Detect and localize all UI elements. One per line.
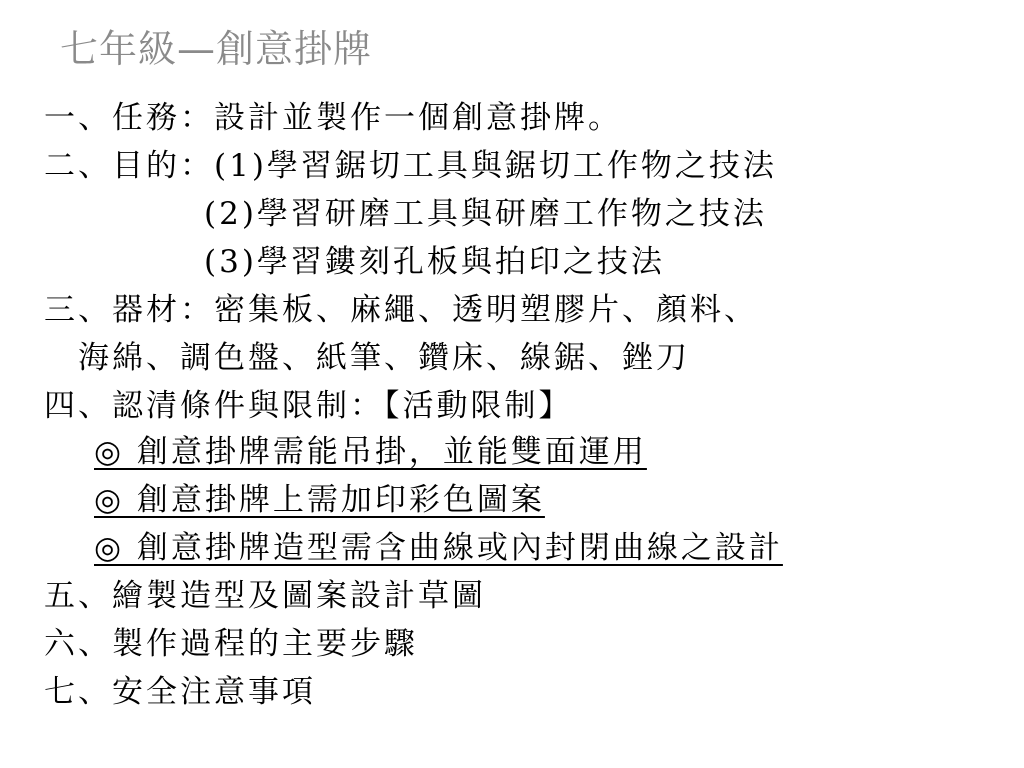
materials-line-1: 三、器材：密集板、麻繩、透明塑膠片、顏料、 [44, 290, 758, 330]
safety-line: 七、安全注意事項 [44, 672, 316, 712]
task-line: 一、任務：設計並製作一個創意掛牌。 [44, 98, 622, 138]
constraints-heading: 四、認清條件與限制：【活動限制】 [44, 386, 573, 426]
goal-line-2: (2)學習研磨工具與研磨工作物之技法 [204, 194, 767, 234]
constraint-item-1: ◎ 創意掛牌需能吊掛，並能雙面運用 [94, 432, 647, 472]
goal-line-3: (3)學習鏤刻孔板與拍印之技法 [204, 242, 665, 282]
sketch-line: 五、繪製造型及圖案設計草圖 [44, 576, 486, 616]
goal-line-1: 二、目的：(1)學習鋸切工具與鋸切工作物之技法 [44, 146, 777, 186]
constraint-item-3: ◎ 創意掛牌造型需含曲線或內封閉曲線之設計 [94, 528, 783, 568]
slide-title: 七年級—創意掛牌 [60, 24, 372, 74]
constraint-item-2: ◎ 創意掛牌上需加印彩色圖案 [94, 480, 545, 520]
steps-line: 六、製作過程的主要步驟 [44, 624, 418, 664]
materials-line-2: 海綿、調色盤、紙筆、鑽床、線鋸、銼刀 [78, 338, 690, 378]
